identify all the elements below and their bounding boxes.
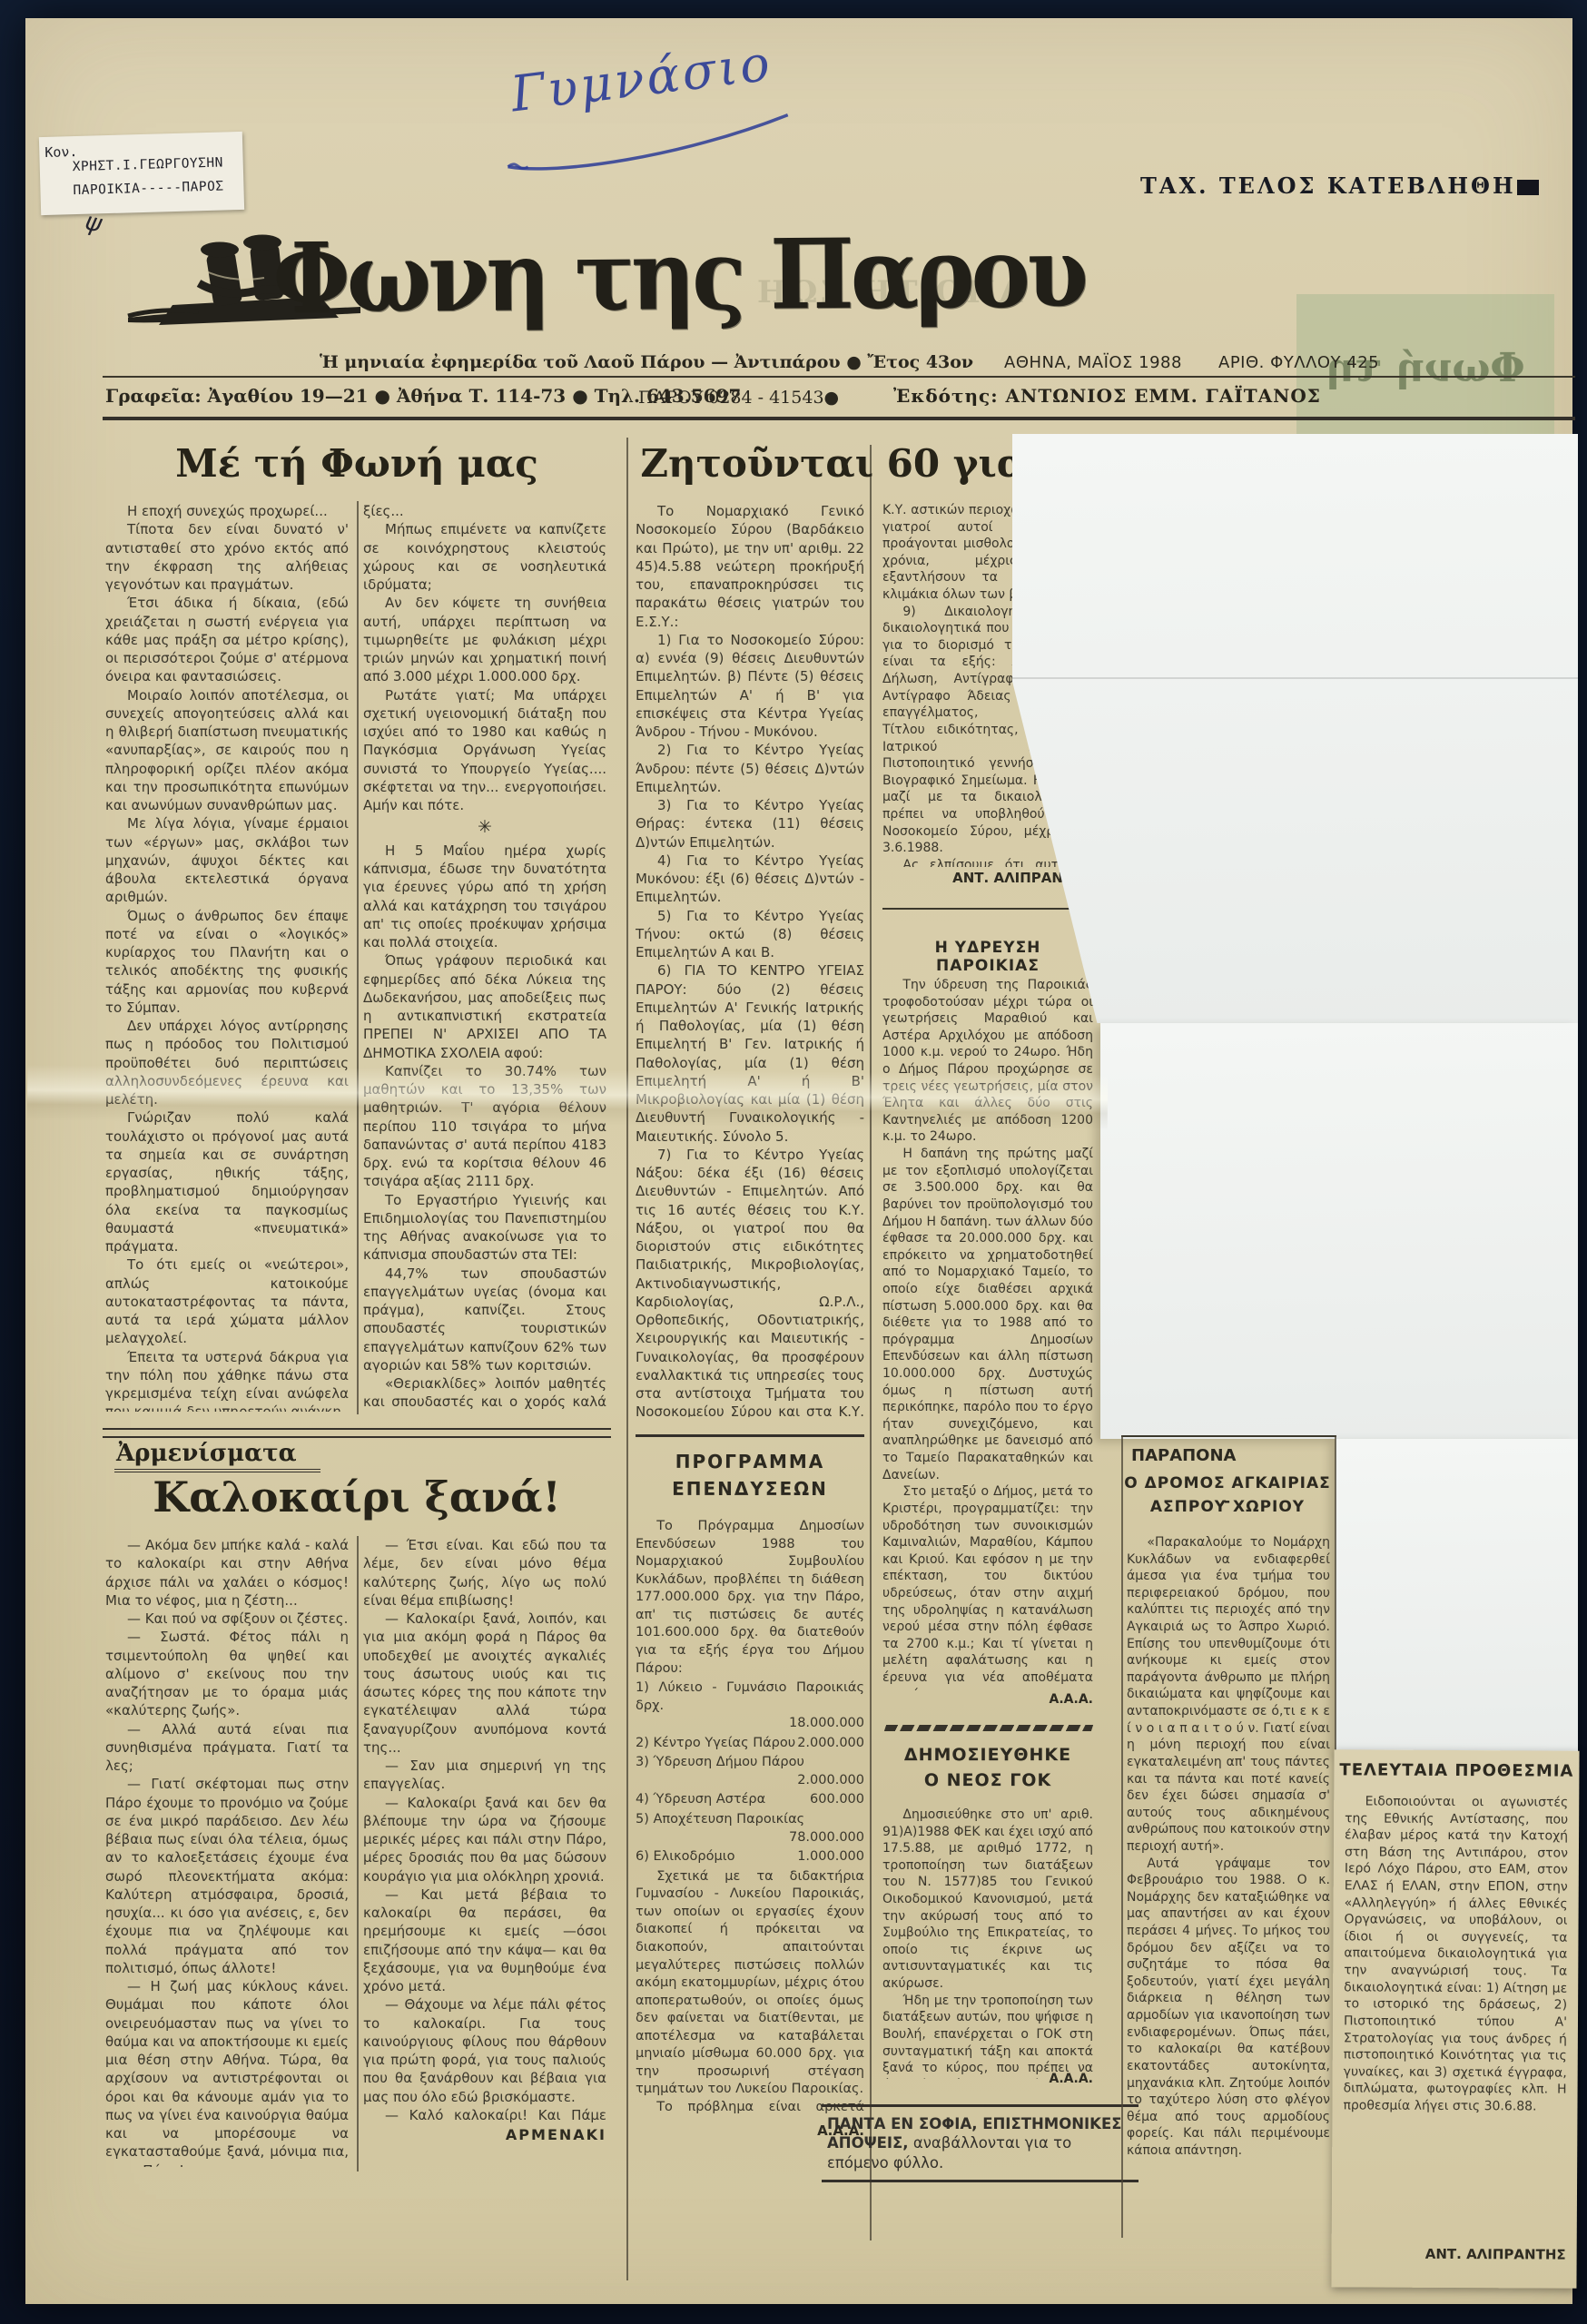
paragraph: — Καλοκαίρι ξανά, λοιπόν, και για μια ακ… bbox=[363, 1610, 606, 1757]
paragraph: 3) Για το Κέντρο Υγείας Θήρας: έντεκα (1… bbox=[636, 796, 864, 852]
article-column: ξίες...Μήπως επιμένετε να καπνίζετε σε κ… bbox=[363, 502, 606, 1412]
decorative-divider bbox=[884, 1725, 1093, 1731]
section-rule bbox=[882, 908, 1093, 910]
paragraph: Η εποχή συνεχώς προχωρεί... bbox=[105, 502, 349, 520]
paragraph: Αυτά γράψαμε τον Φεβρουάριο του 1988. Ο … bbox=[1127, 1856, 1330, 2160]
section-rule bbox=[636, 1434, 864, 1437]
paragraph: 4) Για το Κέντρο Υγείας Μυκόνου: έξι (6)… bbox=[636, 852, 864, 907]
paragraph: ✳ bbox=[363, 816, 606, 840]
paragraph: Τίποτα δεν είναι δυνατό ν' αντισταθεί στ… bbox=[105, 520, 349, 594]
notice-box: ΠΑΝΤΑ ΕΝ ΣΟΦΙΑ, ΕΠΙΣΤΗΜΟΝΙΚΕΣ ΑΠΟΨΕΙΣ, α… bbox=[822, 2104, 1138, 2182]
header-rule-thick bbox=[103, 417, 1575, 420]
paragraph: — Θάχουμε να λέμε πάλι φέτος το καλοκαίρ… bbox=[363, 1995, 606, 2106]
paragraph: — Και πού να σφίξουν οι ζέστες. bbox=[105, 1610, 349, 1628]
section-headline-parapona-2: ΑΣΠΡΟΥ ΧΩΡΙΟΥ bbox=[1124, 1498, 1331, 1516]
paragraph: Το Πρόγραμμα Δημοσίων Επενδύσεων 1988 το… bbox=[636, 1518, 864, 1678]
paragraph: 44,7% των σπουδαστών επαγγελμάτων υγείας… bbox=[363, 1265, 606, 1375]
paragraph: «Παρακαλούμε το Νομάρχη Κυκλάδων να ενδι… bbox=[1127, 1534, 1330, 1856]
newspaper-title: Φωνη της Παρου bbox=[272, 216, 999, 335]
section-headline-gok-1: ΔΗΜΟΣΙΕΥΘΗΚΕ bbox=[882, 1745, 1093, 1765]
paragraph: Ειδοποιούνται οι αγωνιστές της Εθνικής Α… bbox=[1343, 1793, 1568, 2115]
paragraph: 1) Για το Νοσοκομείο Σύρου: α) εννέα (9)… bbox=[636, 631, 864, 742]
blank-paper-overlay bbox=[1012, 434, 1578, 1023]
blank-paper-overlay bbox=[1336, 1439, 1578, 1753]
paragraph: Η δαπάνη της πρώτης μαζί με τον εξοπλισμ… bbox=[882, 1146, 1093, 1483]
salutation: Κον. bbox=[44, 143, 78, 161]
paragraph: Ρωτάτε γιατί; Μα υπάρχει σχετική υγειονο… bbox=[363, 686, 606, 815]
clipping-border-left bbox=[1121, 1435, 1123, 2238]
item-label: 1) Λύκειο - Γυμνάσιο Παροικιάς δρχ. bbox=[636, 1679, 864, 1715]
paragraph: — Γιατί σκέφτομαι πως στην Πάρο έχουμε τ… bbox=[105, 1775, 349, 1977]
article-column: Το Πρόγραμμα Δημοσίων Επενδύσεων 1988 το… bbox=[636, 1518, 864, 2117]
article-signature: ΑΝΤ. ΑΛΙΠΡΑΝΤΗΣ bbox=[1343, 2245, 1566, 2262]
item-amount: 2.000.000 bbox=[797, 1735, 864, 1753]
paros-phone: ΠΑΡΟΥ 0284 - 41543● bbox=[638, 388, 839, 408]
paragraph: Δημοσιεύθηκε στο υπ' αριθ. 91)Α)1988 ΦΕΚ… bbox=[882, 1807, 1093, 1993]
paragraph: ξίες... bbox=[363, 502, 606, 520]
article-column: «Παρακαλούμε το Νομάρχη Κυκλάδων να ενδι… bbox=[1127, 1534, 1330, 2231]
article-column: Η εποχή συνεχώς προχωρεί...Τίποτα δεν εί… bbox=[105, 502, 349, 1412]
item-label: 2) Κέντρο Υγείας Πάρου bbox=[636, 1735, 795, 1753]
article-column: — Έτσι είναι. Και εδώ που τα λέμε, δεν ε… bbox=[363, 1536, 606, 2124]
investment-item: 1) Λύκειο - Γυμνάσιο Παροικιάς δρχ.18.00… bbox=[636, 1679, 864, 1733]
paragraph: Μοιραίο λοιπόν αποτέλεσμα, οι συνεχείς α… bbox=[105, 686, 349, 815]
recipient-name: ΧΡΗΣΤ.Ι.ΓΕΩΡΓΟΥΣΗΝ bbox=[73, 155, 224, 174]
paragraph: «Θεριακλίδες» λοιπόν μαθητές και σπουδασ… bbox=[363, 1374, 606, 1412]
column-rule bbox=[357, 1536, 359, 2171]
paper-fold-crease bbox=[27, 1065, 1108, 1130]
paragraph: Αν δεν κόψετε τη συνήθεια αυτή, υπάρχει … bbox=[363, 594, 606, 685]
paragraph: Έτσι άδικα ή δίκαια, (εδώ χρειάζεται η σ… bbox=[105, 594, 349, 685]
paragraph: — Καλό καλοκαίρι! Και Πάμε στη ΠΑΡΟ. bbox=[363, 2106, 606, 2124]
column-rule bbox=[870, 445, 872, 2240]
issue-number: ΑΡΙΘ. ΦΥΛΛΟΥ 425 bbox=[1218, 353, 1379, 372]
paragraph: Με λίγα λόγια, γίναμε έρμαιοι των «έργων… bbox=[105, 814, 349, 906]
paragraph: 2) Για το Κέντρο Υγείας Άνδρου: πέντε (5… bbox=[636, 741, 864, 796]
article-headline-me-ti-foni: Μέ τή Φωνή μας bbox=[103, 441, 611, 486]
clipping-border-top bbox=[1121, 1435, 1336, 1437]
section-headline-programma-2: ΕΠΕΝΔΥΣΕΩΝ bbox=[636, 1478, 864, 1500]
scanned-newspaper-page: ΑΠΟ ΤΗ ΖΩΗ Φωνή τη Κον. ΧΡΗΣΤ.Ι.ΓΕΩΡΓΟΥΣ… bbox=[0, 0, 1587, 2324]
news-clipping-prothesmia: ΤΕΛΕΥΤΑΙΑ ΠΡΟΘΕΣΜΙΑ Ειδοποιούνται οι αγω… bbox=[1331, 1749, 1579, 2288]
item-label: 3) Ύδρευση Δήμου Πάρου bbox=[636, 1754, 804, 1772]
paragraph: — Έτσι είναι. Και εδώ που τα λέμε, δεν ε… bbox=[363, 1536, 606, 1610]
column-rule bbox=[626, 438, 628, 2280]
item-amount: 78.000.000 bbox=[789, 1829, 864, 1847]
investment-item: 4) Ύδρευση Αστέρα600.000 bbox=[636, 1791, 864, 1809]
ink-blot bbox=[1517, 180, 1539, 195]
paragraph: — Σωστά. Φέτος πάλι η τσιμεντούπολη θα ψ… bbox=[105, 1628, 349, 1719]
paragraph: — Καλοκαίρι ξανά και δεν θα βλέπουμε την… bbox=[363, 1794, 606, 1886]
investment-item: 6) Ελικοδρόμιο1.000.000 bbox=[636, 1848, 864, 1866]
recipient-address: ΠΑΡΟΙΚΙΑ-----ΠΑΡΟΣ bbox=[73, 179, 224, 198]
section-headline-prothesmia: ΤΕΛΕΥΤΑΙΑ ΠΡΟΘΕΣΜΙΑ bbox=[1334, 1760, 1579, 1780]
article-signature: Α.Α.Α. bbox=[882, 1692, 1093, 1707]
paragraph: 7) Για το Κέντρο Υγείας Νάξου: δέκα έξι … bbox=[636, 1146, 864, 1417]
column-rule bbox=[357, 501, 359, 1414]
paragraph: Σχετικά με τα διδακτήρια Γυμνασίου - Λυκ… bbox=[636, 1868, 864, 2099]
column-kicker-parapona: ΠΑΡΑΠΟΝΑ bbox=[1131, 1446, 1236, 1465]
item-amount: 1.000.000 bbox=[797, 1848, 864, 1866]
paragraph: Το Νομαρχιακό Γενικό Νοσοκομείο Σύρου (Β… bbox=[636, 502, 864, 631]
column-kicker-armenismata: Ἀρμενίσματα bbox=[114, 1440, 320, 1472]
header-rule-thin bbox=[103, 376, 1575, 378]
paragraph: Γνώριζαν πολύ καλά τουλάχιστο οι πρόγονο… bbox=[105, 1108, 349, 1256]
paragraph: — Ακόμα δεν μπήκε καλά - καλά το καλοκαί… bbox=[105, 1536, 349, 1610]
article-column: — Ακόμα δεν μπήκε καλά - καλά το καλοκαί… bbox=[105, 1536, 349, 2167]
item-label: 5) Αποχέτευση Παροικίας bbox=[636, 1811, 804, 1829]
address-label: Κον. ΧΡΗΣΤ.Ι.ΓΕΩΡΓΟΥΣΗΝ ΠΑΡΟΙΚΙΑ-----ΠΑΡ… bbox=[39, 132, 244, 215]
article-column: Το Νομαρχιακό Γενικό Νοσοκομείο Σύρου (Β… bbox=[636, 502, 864, 1417]
section-headline-ydreysi: Η ΥΔΡΕΥΣΗ ΠΑΡΟΙΚΙΑΣ bbox=[882, 939, 1093, 975]
paragraph: — Αλλά αυτά είναι πια συνηθισμένα πράγμα… bbox=[105, 1720, 349, 1776]
section-headline-gok-2: Ο ΝΕΟΣ ΓΟΚ bbox=[882, 1770, 1093, 1790]
paragraph: Όμως ο άνθρωπος δεν έπαψε ποτέ να είναι … bbox=[105, 907, 349, 1018]
issue-date: ΑΘΗΝΑ, ΜΑΪΟΣ 1988 bbox=[1004, 353, 1182, 372]
paragraph: Όπως γράφουν περιοδικά και εφημερίδες απ… bbox=[363, 951, 606, 1062]
section-double-rule bbox=[103, 1428, 611, 1438]
paragraph: Το ότι εμείς οι «νεώτεροι», απλώς κατοικ… bbox=[105, 1256, 349, 1347]
newspaper-subtitle: Ἡ μηνιαία ἐφημερίδα τοῦ Λαοῦ Πάρου — Ἀντ… bbox=[320, 352, 973, 372]
item-label: 6) Ελικοδρόμιο bbox=[636, 1848, 735, 1866]
article-column: Δημοσιεύθηκε στο υπ' αριθ. 91)Α)1988 ΦΕΚ… bbox=[882, 1807, 1093, 2079]
paragraph: — Σαν μια σημερινή γη της επαγγελίας. bbox=[363, 1757, 606, 1794]
article-column: Ειδοποιούνται οι αγωνιστές της Εθνικής Α… bbox=[1343, 1793, 1569, 2244]
item-amount: 2.000.000 bbox=[797, 1772, 864, 1790]
section-headline-programma-1: ΠΡΟΓΡΑΜΜΑ bbox=[636, 1451, 864, 1472]
paragraph: Η 5 Μαΐου ημέρα χωρίς κάπνισμα, έδωσε τη… bbox=[363, 842, 606, 952]
paragraph: Στο μεταξύ ο Δήμος, μετά το Κριστέρι, πρ… bbox=[882, 1483, 1093, 1690]
paragraph: 5) Για το Κέντρο Υγείας Τήνου: οκτώ (8) … bbox=[636, 907, 864, 962]
article-signature: Α.Α.Α. bbox=[882, 2072, 1093, 2086]
article-headline-kalokairi: Καλοκαίρι ξανά! bbox=[103, 1472, 611, 1521]
paragraph: Ήδη με την τροποποίηση των διατάξεων αυτ… bbox=[882, 1993, 1093, 2079]
paragraph: — Η ζωή μας κύκλους κάνει. Θυμάμαι που κ… bbox=[105, 1977, 349, 2167]
article-signature: ΑΡΜΕΝΑΚΙ bbox=[363, 2126, 606, 2143]
paragraph: Έπειτα τα υστερνά δάκρυα για την πόλη πο… bbox=[105, 1348, 349, 1413]
item-amount: 18.000.000 bbox=[789, 1715, 864, 1733]
investment-item: 5) Αποχέτευση Παροικίας78.000.000 bbox=[636, 1811, 864, 1846]
postage-paid-notice: ΤΑΧ. ΤΕΛΟΣ ΚΑΤΕΒΛΗΘΗ bbox=[1140, 172, 1539, 199]
blank-paper-overlay bbox=[1100, 1023, 1578, 1439]
investment-item: 2) Κέντρο Υγείας Πάρου2.000.000 bbox=[636, 1735, 864, 1753]
paragraph: Το Εργαστήριο Υγιεινής και Επιδημιολογία… bbox=[363, 1191, 606, 1265]
item-amount: 600.000 bbox=[810, 1791, 864, 1809]
paragraph-group: Σχετικά με τα διδακτήρια Γυμνασίου - Λυκ… bbox=[636, 1868, 864, 2117]
paragraph: — Και μετά βέβαια το καλοκαίρι θα περάσε… bbox=[363, 1886, 606, 1996]
publisher-line: Ἐκδότης: ΑΝΤΩΝΙΟΣ ΕΜΜ. ΓΑΪΤΑΝΟΣ bbox=[893, 385, 1321, 407]
paragraph: Μήπως επιμένετε να καπνίζετε σε κοινόχρη… bbox=[363, 520, 606, 594]
item-label: 4) Ύδρευση Αστέρα bbox=[636, 1791, 765, 1809]
postage-paid-text: ΤΑΧ. ΤΕΛΟΣ ΚΑΤΕΒΛΗΘΗ bbox=[1140, 172, 1516, 199]
investment-item: 3) Ύδρευση Δήμου Πάρου2.000.000 bbox=[636, 1754, 864, 1789]
